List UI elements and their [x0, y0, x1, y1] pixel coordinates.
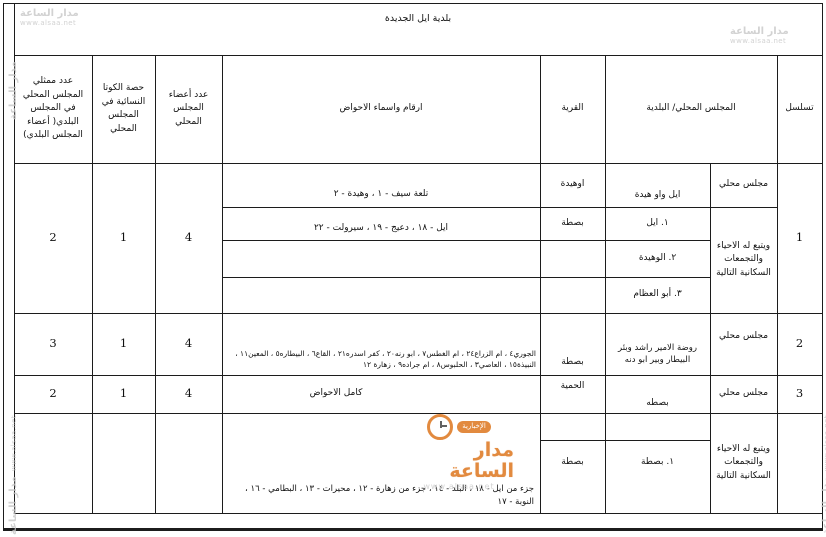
row1-council-name: ايل واو هيدة [605, 163, 710, 207]
row2-reps-count: 3 [14, 313, 92, 375]
clock-hand [440, 425, 447, 427]
row1-council-follow: ويتبع له الاحياء والتجمعات السكانية التا… [710, 207, 777, 313]
row1-list-item: ٢. الوهيدة [605, 240, 710, 277]
row3-serial: 3 [777, 375, 822, 413]
header-members: عدد أعضاء المجلس المحلي [155, 55, 222, 163]
header-reps: عدد ممثلي المجلس المحلي في المجلس البلدي… [14, 55, 92, 163]
row1-members-count: 4 [155, 163, 222, 313]
row3-council-type: مجلس محلي [710, 375, 777, 413]
logo-site-text: www.alsaa.net [423, 482, 494, 491]
header-basins: ارقام واسماء الاحواض [222, 55, 540, 163]
row2-basins: الجوري٤ ، ام الزراع٢٤ ، ام الغطس٧ ، ابو … [222, 313, 540, 375]
row2-council-name: روضة الامير راشد وبئر البيطار وبير ابو د… [605, 313, 710, 375]
row1-basins: ايل - ١٨ ، دعيج - ١٩ ، سيرولت - ٢٢ [222, 207, 540, 240]
logo-top-row: الإخبارية [427, 414, 491, 440]
row1-reps-count: 2 [14, 163, 92, 313]
row1-village: بصطة [540, 207, 605, 240]
row2-council-type: مجلس محلي [710, 313, 777, 375]
logo-tag: الإخبارية [457, 421, 491, 432]
row1-basins: تلعة سيف - ١ ، وهيدة - ٢ [222, 163, 540, 207]
row3-quota-count: 1 [92, 375, 155, 413]
row2-village: بصطة [540, 313, 605, 375]
row1-list-item: ٣. أبو العظام [605, 277, 710, 313]
row1-village: اوهيدة [540, 163, 605, 207]
row3-members-count: 4 [155, 375, 222, 413]
row3-council-name: بصطه [605, 375, 710, 413]
logo-brand-text: مدار الساعة [404, 440, 514, 482]
row1-serial: 1 [777, 163, 822, 313]
row1-quota-count: 1 [92, 163, 155, 313]
row2-members-count: 4 [155, 313, 222, 375]
row1-council-type: مجلس محلي [710, 163, 777, 207]
row3-reps-count: 2 [14, 375, 92, 413]
row3-basins: كامل الاحواض [222, 375, 540, 413]
watermark-right-bottom: مدار الساعة www.alsaa.net [814, 415, 826, 535]
page-border-bottom [3, 528, 822, 531]
document-page: بلدية ايل الجديدة تسلسل المجلس المحلي/ ا… [0, 0, 826, 537]
row4-list-item: ١. بصطة [605, 440, 710, 513]
table-border-bottom [14, 513, 822, 514]
news-site-logo: الإخبارية مدار الساعة www.alsaa.net [404, 414, 514, 490]
row2-serial: 2 [777, 313, 822, 375]
header-serial: تسلسل [777, 55, 822, 163]
page-border-right [822, 3, 823, 531]
row4-village: بصطة [540, 440, 605, 513]
page-border-left [3, 3, 4, 531]
row4-council-follow: ويتبع له الاحياء والتجمعات السكانية التا… [710, 413, 777, 513]
header-village: القرية [540, 55, 605, 163]
header-council: المجلس المحلي/ البلدية [605, 55, 777, 163]
clock-icon [427, 414, 453, 440]
row1-list-item: ١. ايل [605, 207, 710, 240]
row2-quota-count: 1 [92, 313, 155, 375]
header-quota: حصة الكوتا النسائية في المجلس المحلي [92, 55, 155, 163]
row3-village: الحمية [540, 375, 605, 413]
